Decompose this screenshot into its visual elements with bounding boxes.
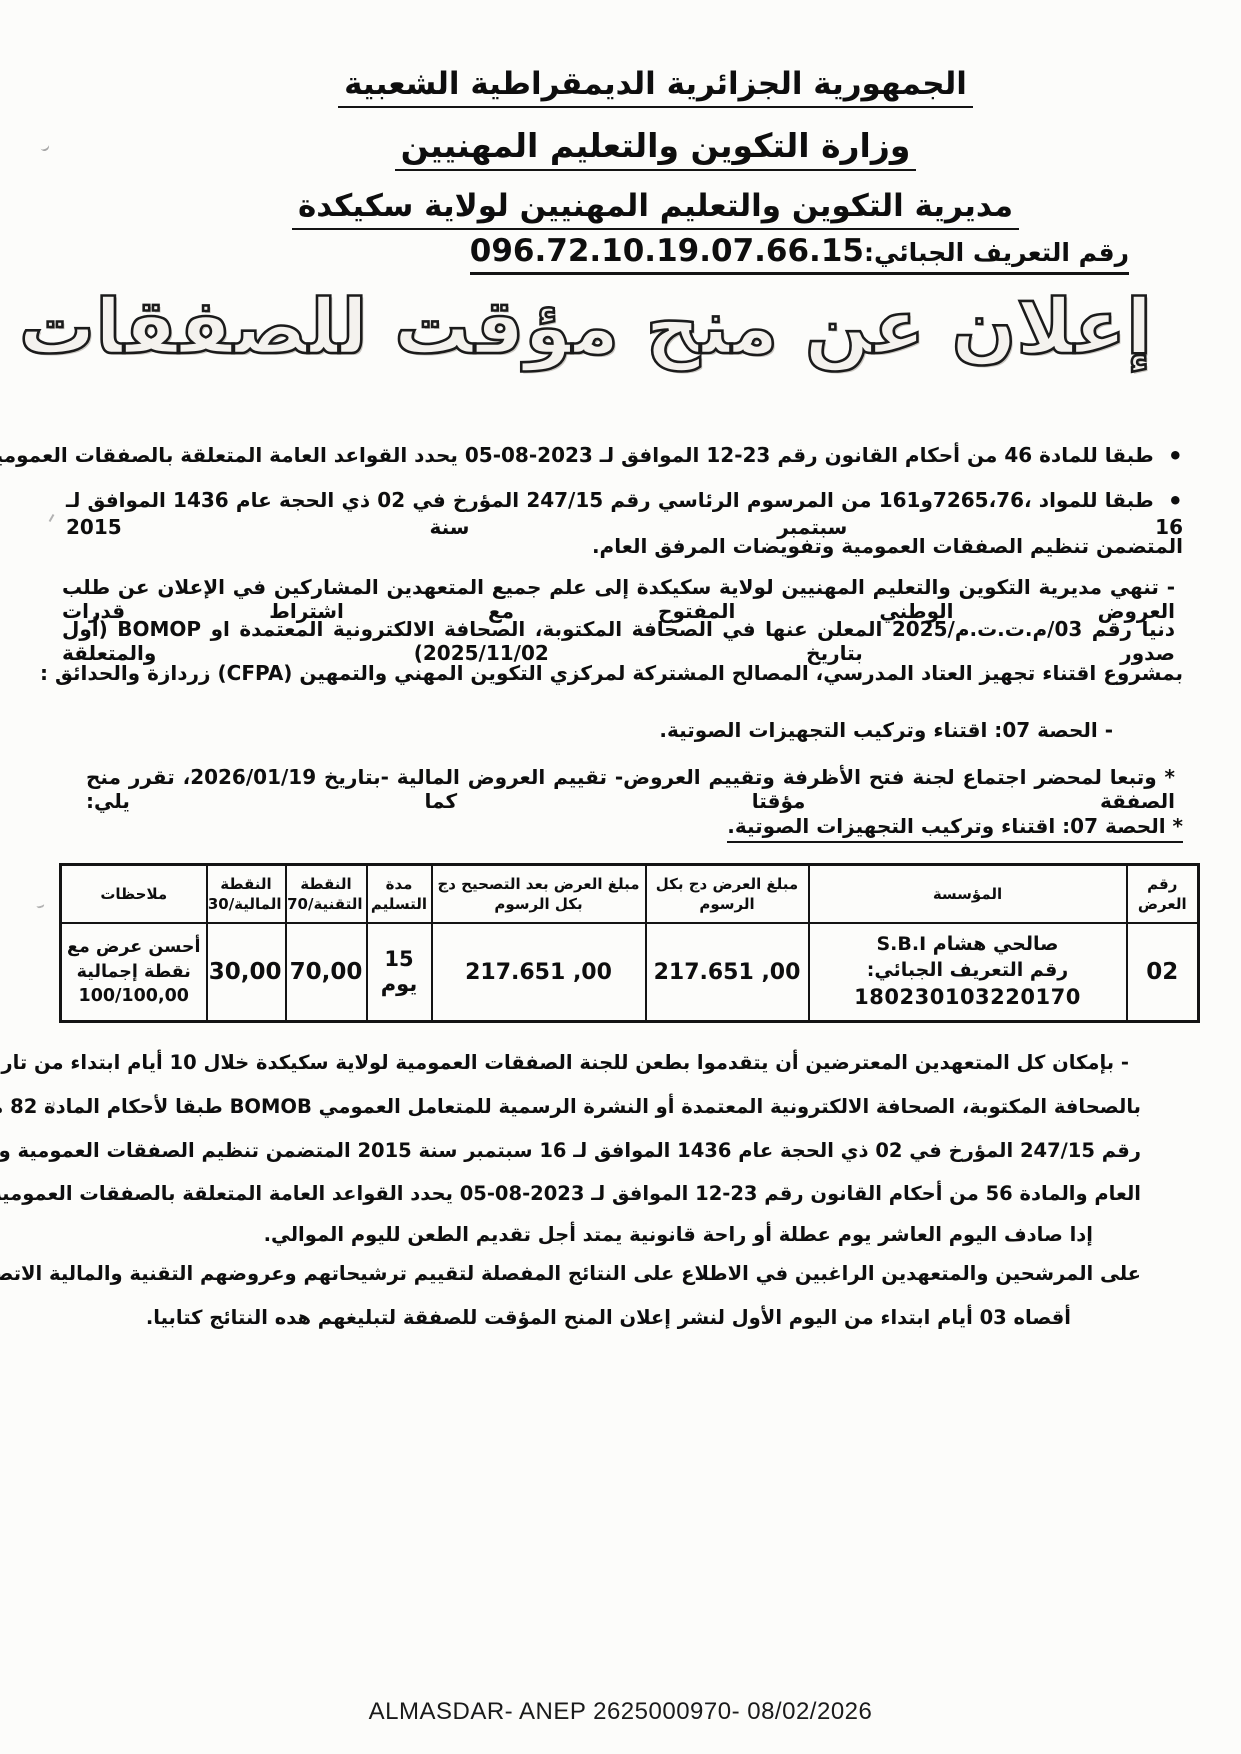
closing-line-results-1: على المرشحين والمتعهدين الراغبين في الاط… xyxy=(92,1262,1141,1285)
body-line-article46: •طبقا للمادة 46 من أحكام القانون رقم 23-… xyxy=(70,442,1183,470)
bullet-icon: • xyxy=(1168,442,1183,470)
body-line-decree-cont: المتضمن تنظيم الصفقات العمومية وتفويضات … xyxy=(70,534,1183,558)
body-line-award-decision: * وتبعا لمحضر اجتماع لجنة فتح الأظرفة وت… xyxy=(86,765,1175,813)
scan-artifact xyxy=(39,141,51,153)
results-table-wrapper: رقم العرض المؤسسة مبلغ العرض دج بكل الرس… xyxy=(59,863,1200,1023)
scanned-announcement-page: الجمهورية الجزائرية الديمقراطية الشعبية … xyxy=(0,0,1241,1754)
bid-amount-cell: 217.651 ,00 xyxy=(646,923,809,1022)
page-title: إعلان عن منح مؤقت للصفقات xyxy=(0,282,1171,371)
lot07-heading-text: * الحصة 07: اقتناء وتركيب التجهيزات الصو… xyxy=(727,814,1183,843)
closing-line-appeal-4: العام والمادة 56 من أحكام القانون رقم 23… xyxy=(92,1182,1141,1205)
delivery-time-cell: 15 يوم xyxy=(367,923,432,1022)
remarks-line: نقطة إجمالية xyxy=(65,960,203,985)
closing-line-holiday: إدا صادف اليوم العاشر يوم عطلة أو راحة ق… xyxy=(92,1223,1141,1246)
body-line-notice-3: بمشروع اقتناء تجهيز العتاد المدرسي، المص… xyxy=(70,661,1183,685)
directorate-header: مديرية التكوين والتعليم المهنيين لولاية … xyxy=(70,188,1241,230)
body-line-notice-1: - تنهي مديرية التكوين والتعليم المهنيين … xyxy=(62,575,1175,623)
lot07-heading: * الحصة 07: اقتناء وتركيب التجهيزات الصو… xyxy=(70,814,1183,838)
corrected-amount-value: 217.651 ,00 xyxy=(465,960,612,985)
column-header-remarks: ملاحظات xyxy=(61,865,207,924)
company-tax-label: رقم التعريف الجبائي: xyxy=(813,958,1123,984)
directorate-header-text: مديرية التكوين والتعليم المهنيين لولاية … xyxy=(292,188,1019,230)
remarks-line: 100/100,00 xyxy=(65,984,203,1009)
tax-id-line: رقم التعريف الجبائي:096.72.10.19.07.66.1… xyxy=(470,233,1129,275)
closing-line-appeal-1: - بإمكان كل المتعهدين المعترضين أن يتقدم… xyxy=(92,1051,1129,1074)
remarks-line: أحسن عرض مع xyxy=(65,935,203,960)
ministry-header: وزارة التكوين والتعليم المهنيين xyxy=(70,126,1241,171)
anep-footer: ALMASDAR- ANEP 2625000970- 08/02/2026 xyxy=(0,1698,1241,1726)
financial-score-cell: 30,00 xyxy=(207,923,286,1022)
scan-artifact xyxy=(35,899,45,909)
tax-id-label: رقم التعريف الجبائي: xyxy=(864,238,1129,267)
offer-number-cell: 02 xyxy=(1127,923,1199,1022)
closing-line-appeal-2: بالصحافة المكتوبة، الصحافة الالكترونية ا… xyxy=(92,1095,1141,1118)
column-header-financial-score: النقطة المالية/30 xyxy=(207,865,286,924)
company-cell: صالحي هشام S.B.I رقم التعريف الجبائي: 18… xyxy=(809,923,1127,1022)
republic-header: الجمهورية الجزائرية الديمقراطية الشعبية xyxy=(70,66,1241,108)
delivery-days: 15 xyxy=(371,947,428,972)
remarks-cell: أحسن عرض مع نقطة إجمالية 100/100,00 xyxy=(61,923,207,1022)
ministry-header-text: وزارة التكوين والتعليم المهنيين xyxy=(395,126,917,171)
closing-line-results-2: أقصاه 03 أيام ابتداء من اليوم الأول لنشر… xyxy=(92,1306,1141,1329)
column-header-bid-amount: مبلغ العرض دج بكل الرسوم xyxy=(646,865,809,924)
column-header-corrected-amount: مبلغ العرض بعد التصحيح دج بكل الرسوم xyxy=(432,865,646,924)
body-line-text: طبقا للمواد ،7265،76و161 من المرسوم الرئ… xyxy=(66,488,1183,539)
bid-amount-value: 217.651 ,00 xyxy=(654,960,801,985)
results-table: رقم العرض المؤسسة مبلغ العرض دج بكل الرس… xyxy=(59,863,1200,1023)
column-header-delivery-time: مدة التسليم xyxy=(367,865,432,924)
technical-score-cell: 70,00 xyxy=(286,923,367,1022)
column-header-company: المؤسسة xyxy=(809,865,1127,924)
closing-line-appeal-3: رقم 247/15 المؤرخ في 02 ذي الحجة عام 143… xyxy=(92,1139,1141,1162)
scan-artifact xyxy=(49,514,62,526)
delivery-unit: يوم xyxy=(371,972,428,997)
company-tax-number: 180230103220170 xyxy=(813,983,1123,1011)
bullet-icon: • xyxy=(1168,487,1183,515)
column-header-technical-score: النقطة التقنية/70 xyxy=(286,865,367,924)
corrected-amount-cell: 217.651 ,00 xyxy=(432,923,646,1022)
tax-id-value: 096.72.10.19.07.66.15 xyxy=(470,233,864,269)
republic-header-text: الجمهورية الجزائرية الديمقراطية الشعبية xyxy=(338,66,973,108)
body-line-notice-2: دنيا رقم 03/م.ت.ت.م/2025 المعلن عنها في … xyxy=(62,617,1175,665)
body-line-decree: •طبقا للمواد ،7265،76و161 من المرسوم الر… xyxy=(66,487,1183,539)
body-line-lot07: - الحصة 07: اقتناء وتركيب التجهيزات الصو… xyxy=(70,718,1183,742)
table-header-row: رقم العرض المؤسسة مبلغ العرض دج بكل الرس… xyxy=(61,865,1199,924)
table-row: 02 صالحي هشام S.B.I رقم التعريف الجبائي:… xyxy=(61,923,1199,1022)
body-line-text: طبقا للمادة 46 من أحكام القانون رقم 23-1… xyxy=(0,443,1154,467)
company-name: صالحي هشام S.B.I xyxy=(813,932,1123,958)
column-header-offer-number: رقم العرض xyxy=(1127,865,1199,924)
